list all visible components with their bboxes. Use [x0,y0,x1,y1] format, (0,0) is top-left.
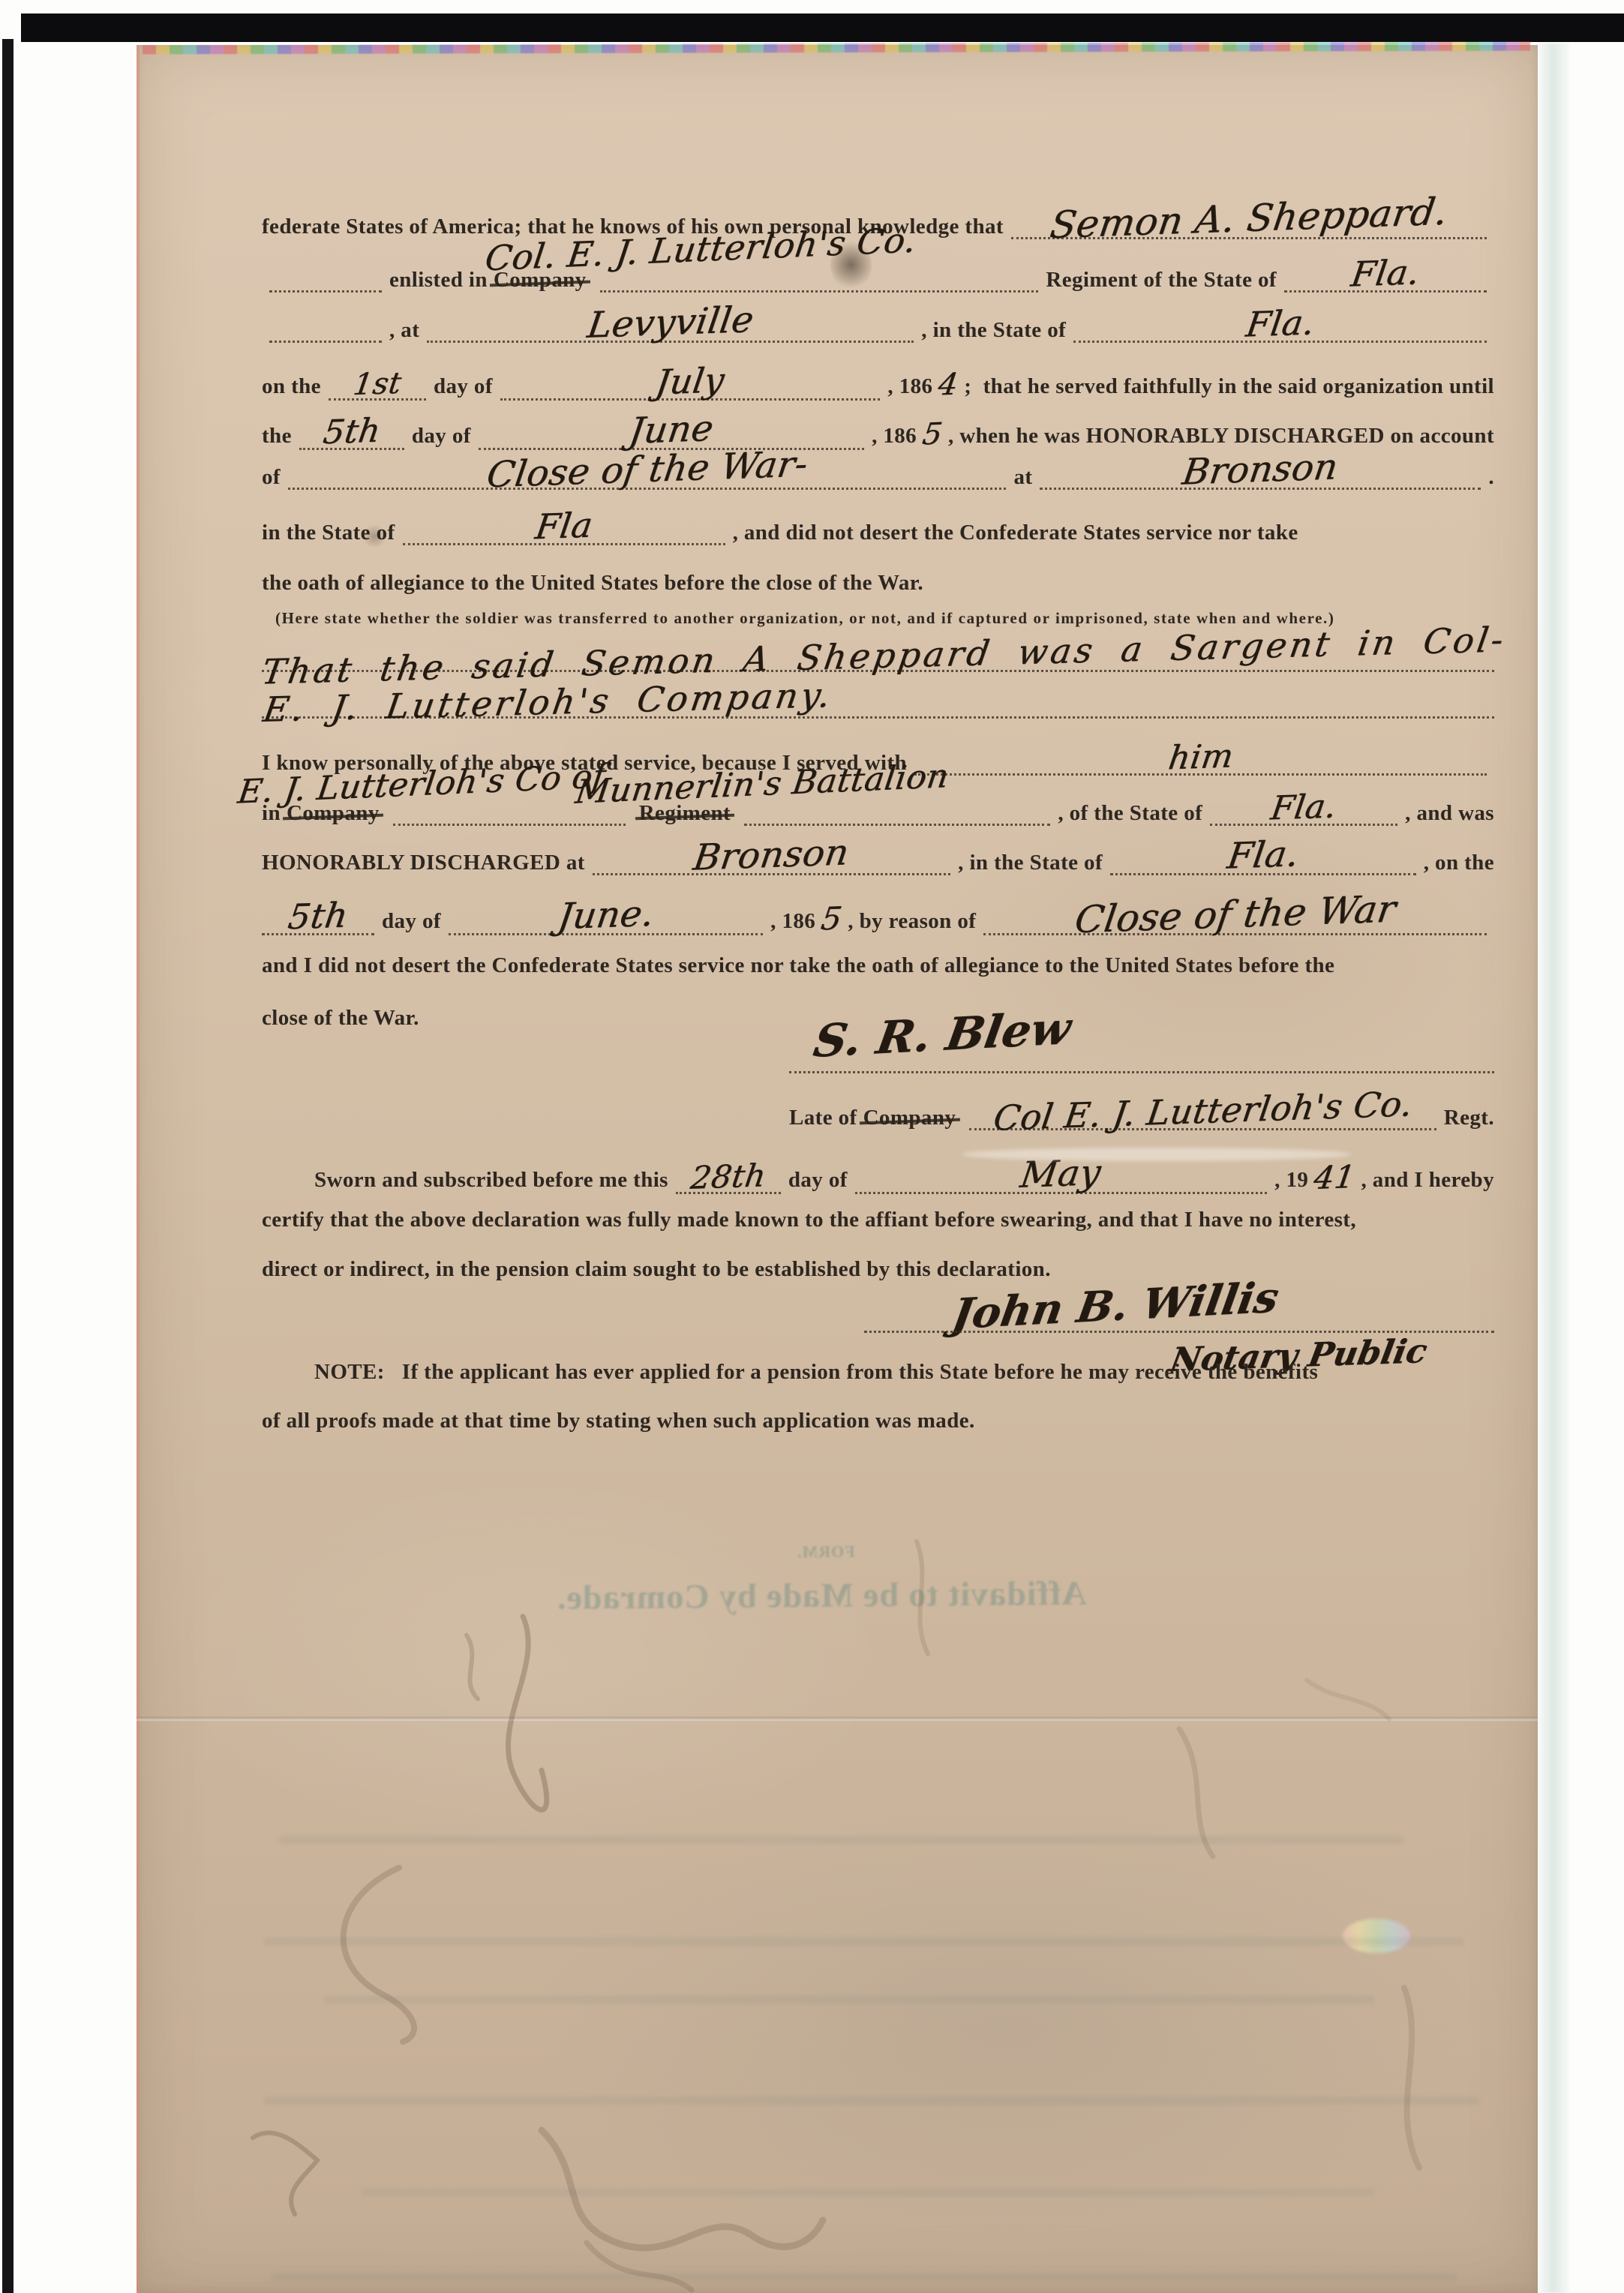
ink-bleed-scribbles [137,45,1538,2293]
scanner-edge-top [21,14,1624,42]
scanned-document-page: federate States of America; that he know… [0,0,1624,2293]
plastic-sleeve-edge [1536,44,1569,2293]
document-paper: federate States of America; that he know… [137,45,1538,2293]
scanner-edge-left [2,39,14,2293]
